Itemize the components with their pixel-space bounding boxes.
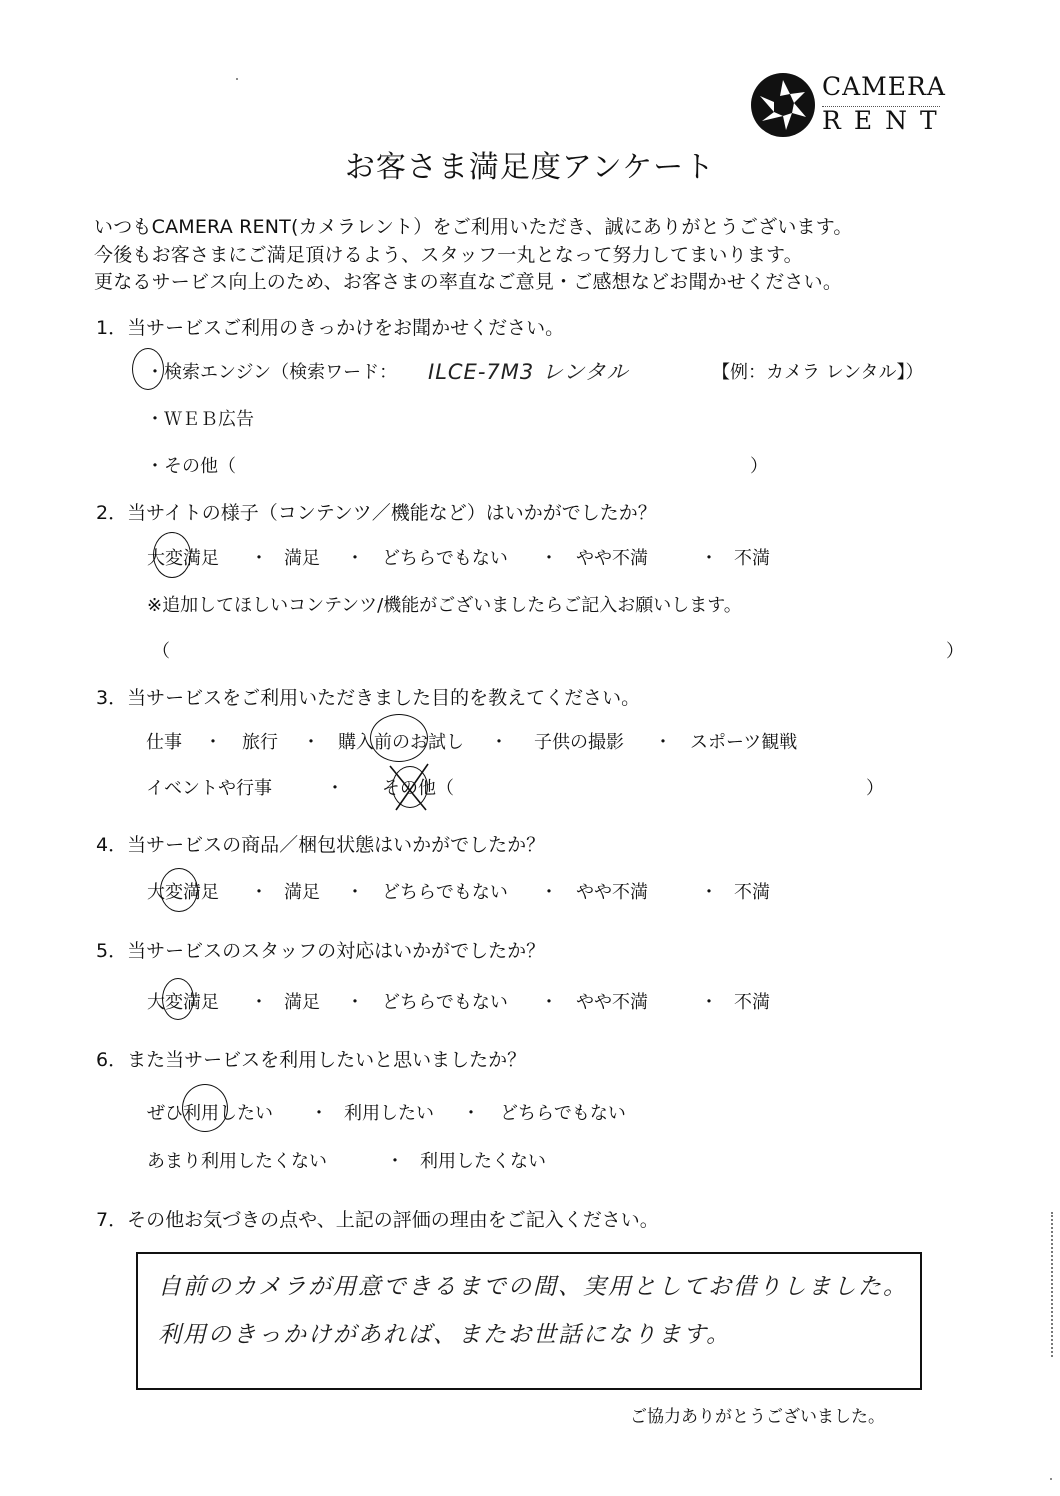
q4-option-somewhat-dissatisfied[interactable]: やや不満 [576, 878, 648, 904]
q1-other-close-paren: ） [750, 452, 768, 478]
q2-option-neutral[interactable]: どちらでもない [382, 544, 508, 570]
q7-answer-line-1: 自前のカメラが用意できるまでの間、実用としてお借りしました。 [158, 1268, 908, 1301]
separator-dot: ・ [250, 988, 268, 1014]
q7-answer-box[interactable]: 自前のカメラが用意できるまでの間、実用としてお借りしました。 利用のきっかけがあ… [136, 1252, 922, 1390]
q5-option-somewhat-dissatisfied[interactable]: やや不満 [576, 988, 648, 1014]
q1-option-web-ad[interactable]: ・ＷＥＢ広告 [146, 405, 254, 431]
q6-option-not-use[interactable]: 利用したくない [420, 1147, 546, 1173]
q5-option-satisfied[interactable]: 満足 [284, 988, 320, 1014]
question-1-label: 1．当サービスご利用のきっかけをお聞かせください。 [96, 313, 564, 340]
separator-dot: ・ [346, 544, 364, 570]
question-4-label: 4．当サービスの商品／梱包状態はいかがでしたか？ [96, 830, 545, 857]
question-2-label: 2．当サイトの様子（コンテンツ／機能など）はいかがでしたか？ [96, 498, 657, 525]
q1-option-search-engine[interactable]: ・検索エンジン（検索ワード： [146, 358, 397, 384]
q2-note: ※追加してほしいコンテンツ/機能がございましたらご記入お願いします。 [147, 591, 742, 617]
separator-dot: ・ [654, 728, 672, 754]
q7-answer-line-2: 利用のきっかけがあれば、またお世話になります。 [158, 1316, 731, 1349]
q2-option-dissatisfied[interactable]: 不満 [734, 544, 770, 570]
q4-option-neutral[interactable]: どちらでもない [382, 878, 508, 904]
logo-text-rent: RENT [822, 106, 950, 135]
separator-dot: ・ [540, 988, 558, 1014]
q1-option-other[interactable]: ・その他（ [146, 452, 236, 478]
q6-option-neutral[interactable]: どちらでもない [500, 1099, 626, 1125]
q4-option-dissatisfied[interactable]: 不満 [734, 878, 770, 904]
selection-circle-mark [162, 978, 194, 1020]
q3-option-travel[interactable]: 旅行 [242, 728, 278, 754]
q2-close-paren: ） [946, 637, 964, 663]
scan-artifact-dots [1051, 1212, 1055, 1357]
q3-option-sports-watching[interactable]: スポーツ観戦 [690, 728, 797, 754]
logo-text-camera: CAMERA [822, 72, 946, 101]
intro-line-3: 更なるサービス向上のため、お客さまの率直なご意見・ご感想などお聞かせください。 [94, 267, 842, 294]
q3-other-close-paren: ） [866, 774, 884, 800]
q3-option-kids-photography[interactable]: 子供の撮影 [534, 728, 624, 754]
q4-option-satisfied[interactable]: 満足 [284, 878, 320, 904]
q6-option-rather-not-use[interactable]: あまり利用したくない [147, 1147, 327, 1173]
intro-line-1: いつもCAMERA RENT(カメラレント）をご利用いただき、誠にありがとうござ… [94, 212, 853, 239]
q2-option-satisfied[interactable]: 満足 [284, 544, 320, 570]
selection-circle-mark [153, 532, 191, 578]
separator-dot: ・ [540, 544, 558, 570]
separator-dot: ・ [310, 1099, 328, 1125]
separator-dot: ・ [250, 544, 268, 570]
q5-option-dissatisfied[interactable]: 不満 [734, 988, 770, 1014]
question-7-label: 7．その他お気づきの点や、上記の評価の理由をご記入ください。 [96, 1205, 659, 1232]
separator-dot: ・ [346, 988, 364, 1014]
separator-dot: ・ [490, 728, 508, 754]
q3-option-events[interactable]: イベントや行事 [146, 774, 272, 800]
separator-dot: ・ [326, 774, 344, 800]
selection-circle-mark [160, 868, 198, 912]
q6-option-use-again[interactable]: 利用したい [344, 1099, 434, 1125]
separator-dot: ・ [302, 728, 320, 754]
question-6-label: 6．また当サービスを利用したいと思いましたか？ [96, 1045, 526, 1072]
thank-you-message: ご協力ありがとうございました。 [630, 1402, 885, 1427]
q2-open-paren: （ [152, 637, 170, 663]
selection-circle-mark [370, 714, 428, 762]
cross-out-mark-icon [386, 760, 434, 814]
separator-dot: ・ [700, 988, 718, 1014]
separator-dot: ・ [540, 878, 558, 904]
scan-speck [236, 78, 238, 80]
separator-dot: ・ [700, 878, 718, 904]
page-title: お客さま満足度アンケート [0, 142, 1060, 186]
selection-circle-mark [182, 1084, 228, 1132]
separator-dot: ・ [204, 728, 222, 754]
camera-rent-logo: CAMERA RENT [750, 72, 950, 142]
separator-dot: ・ [346, 878, 364, 904]
q1-example-hint: 【例：カメラ レンタル】） [712, 358, 924, 384]
separator-dot: ・ [250, 878, 268, 904]
camera-shutter-icon [750, 72, 816, 138]
scan-speck [1050, 1478, 1052, 1480]
intro-line-2: 今後もお客さまにご満足頂けるよう、スタッフ一丸となって努力してまいります。 [94, 240, 803, 267]
q3-option-work[interactable]: 仕事 [146, 728, 182, 754]
question-3-label: 3．当サービスをご利用いただきました目的を教えてください。 [96, 683, 640, 710]
q1-search-word-answer[interactable]: ILCE-7M3 レンタル [428, 356, 629, 386]
separator-dot: ・ [700, 544, 718, 570]
q2-option-somewhat-dissatisfied[interactable]: やや不満 [576, 544, 648, 570]
separator-dot: ・ [462, 1099, 480, 1125]
question-5-label: 5．当サービスのスタッフの対応はいかがでしたか？ [96, 936, 545, 963]
q5-option-neutral[interactable]: どちらでもない [382, 988, 508, 1014]
selection-circle-mark [132, 348, 164, 390]
separator-dot: ・ [386, 1147, 404, 1173]
